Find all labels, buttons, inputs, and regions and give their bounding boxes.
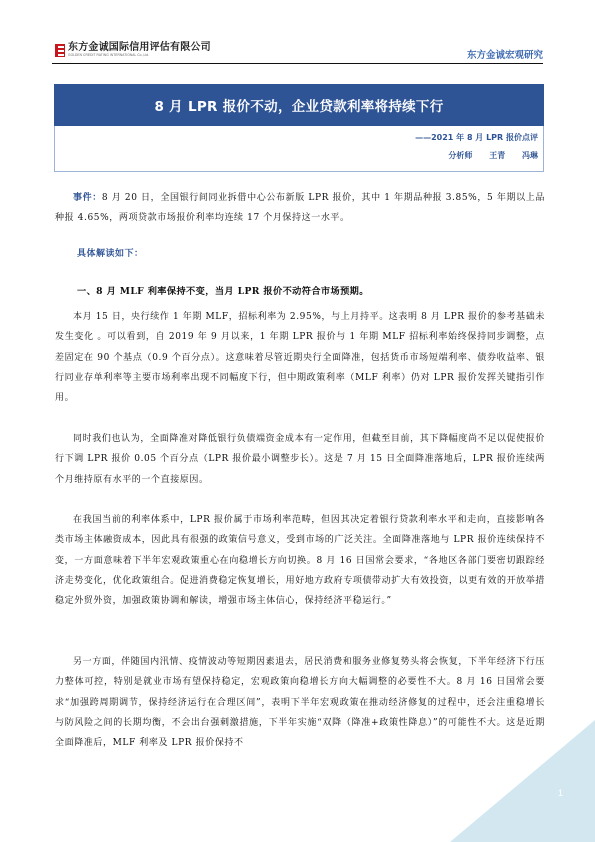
company-logo: 东方金诚国际信用评估有限公司 GOLDEN CREDIT RATING INTE… [55,41,211,59]
title-box: 8 月 LPR 报价不动，企业贷款利率将持续下行 ——2021 年 8 月 LP… [54,84,544,172]
event-text: 8 月 20 日，全国银行间同业拆借中心公布新版 LPR 报价，其中 1 年期品… [55,193,545,223]
event-label: 事件： [73,193,102,203]
analyst-name: 王青 [489,151,505,160]
analyst-name: 冯琳 [522,151,538,160]
analysts-line: 分析师 王青 冯琳 [448,150,538,161]
header-divider [52,63,543,64]
paragraph-text: 同时我们也认为，全面降准对降低银行负债端资金成本有一定作用，但截至目前，其下降幅… [55,429,545,490]
page-corner-decoration [450,720,595,842]
analyst-label: 分析师 [448,151,472,160]
section-1-paragraph-1: 本月 15 日，央行续作 1 年期 MLF，招标利率为 2.95%，与上月持平。… [55,307,545,408]
page-number: 1 [558,788,563,798]
section-1-paragraph-2: 同时我们也认为，全面降准对降低银行负债端资金成本有一定作用，但截至目前，其下降幅… [55,429,545,490]
page-title: 8 月 LPR 报价不动，企业贷款利率将持续下行 [154,95,443,115]
event-paragraph: 事件：8 月 20 日，全国银行间同业拆借中心公布新版 LPR 报价，其中 1 … [55,188,545,229]
paragraph-text: 本月 15 日，央行续作 1 年期 MLF，招标利率为 2.95%，与上月持平。… [55,307,545,408]
brand-label: 东方金诚宏观研究 [467,47,543,61]
report-subtitle: ——2021 年 8 月 LPR 报价点评 [415,132,538,143]
paragraph-text: 在我国当前的利率体系中，LPR 报价属于市场利率范畴，但因其决定着银行贷款利率水… [55,510,545,611]
interpretation-label: 具体解读如下： [77,246,144,259]
company-name-cn: 东方金诚国际信用评估有限公司 [68,43,211,53]
company-name-en: GOLDEN CREDIT RATING INTERNATIONAL Co.,L… [68,54,211,57]
section-1-paragraph-3: 在我国当前的利率体系中，LPR 报价属于市场利率范畴，但因其决定着银行贷款利率水… [55,510,545,611]
logo-mark-icon [55,44,65,57]
section-1-heading: 一、8 月 MLF 利率保持不变，当月 LPR 报价不动符合市场预期。 [77,283,369,297]
title-band: 8 月 LPR 报价不动，企业贷款利率将持续下行 [54,84,544,126]
